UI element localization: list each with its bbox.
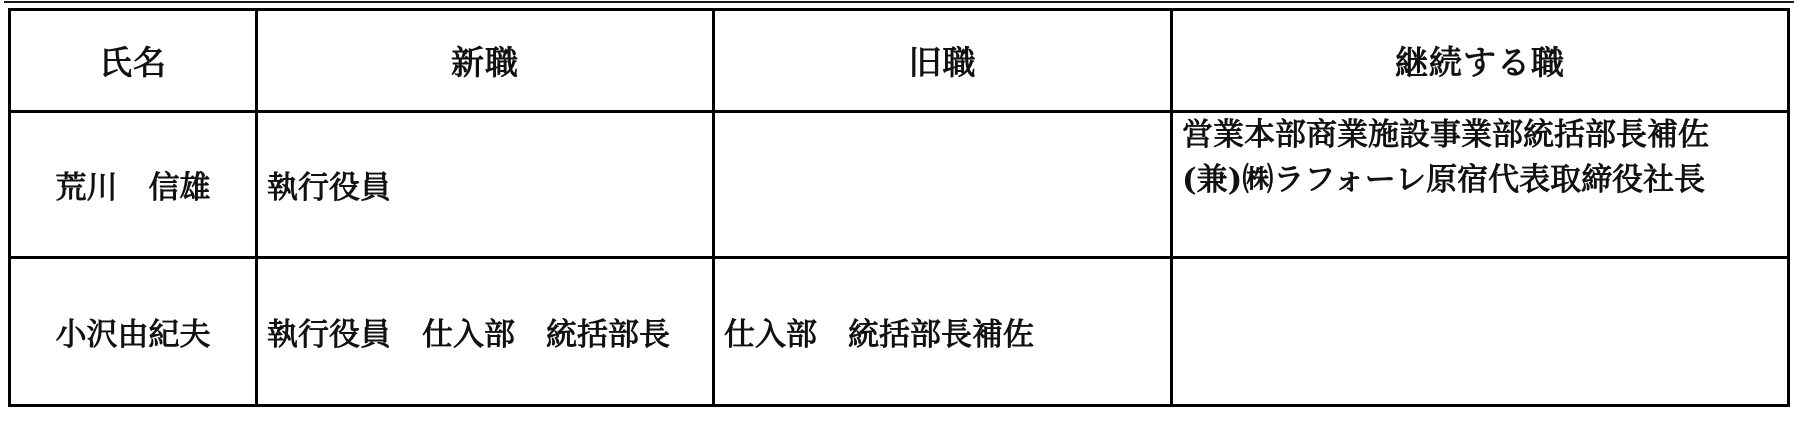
name-cell: 荒川 信雄 — [11, 113, 258, 259]
header-cell-new-position: 新職 — [258, 11, 715, 113]
personnel-change-table: 氏名 新職 旧職 継続する職 荒川 信雄 執行役員 営業本部商業施設事業部統括部… — [8, 8, 1790, 407]
top-rule — [4, 1, 1794, 3]
header-cell-old-position: 旧職 — [715, 11, 1173, 113]
old-position-cell — [715, 113, 1173, 259]
name-cell: 小沢由紀夫 — [11, 259, 258, 404]
continuing-position-cell: 営業本部商業施設事業部統括部長補佐 (兼)㈱ラフォーレ原宿代表取締役社長 — [1173, 113, 1787, 259]
new-position-cell: 執行役員 — [258, 113, 715, 259]
header-cell-name: 氏名 — [11, 11, 258, 113]
continuing-position-line: 営業本部商業施設事業部統括部長補佐 — [1182, 113, 1709, 158]
continuing-position-cell — [1173, 259, 1787, 404]
continuing-position-line: (兼)㈱ラフォーレ原宿代表取締役社長 — [1182, 158, 1705, 203]
document-page: 氏名 新職 旧職 継続する職 荒川 信雄 執行役員 営業本部商業施設事業部統括部… — [0, 0, 1800, 421]
new-position-cell: 執行役員 仕入部 統括部長 — [258, 259, 715, 404]
old-position-cell: 仕入部 統括部長補佐 — [715, 259, 1173, 404]
header-cell-continuing-position: 継続する職 — [1173, 11, 1787, 113]
